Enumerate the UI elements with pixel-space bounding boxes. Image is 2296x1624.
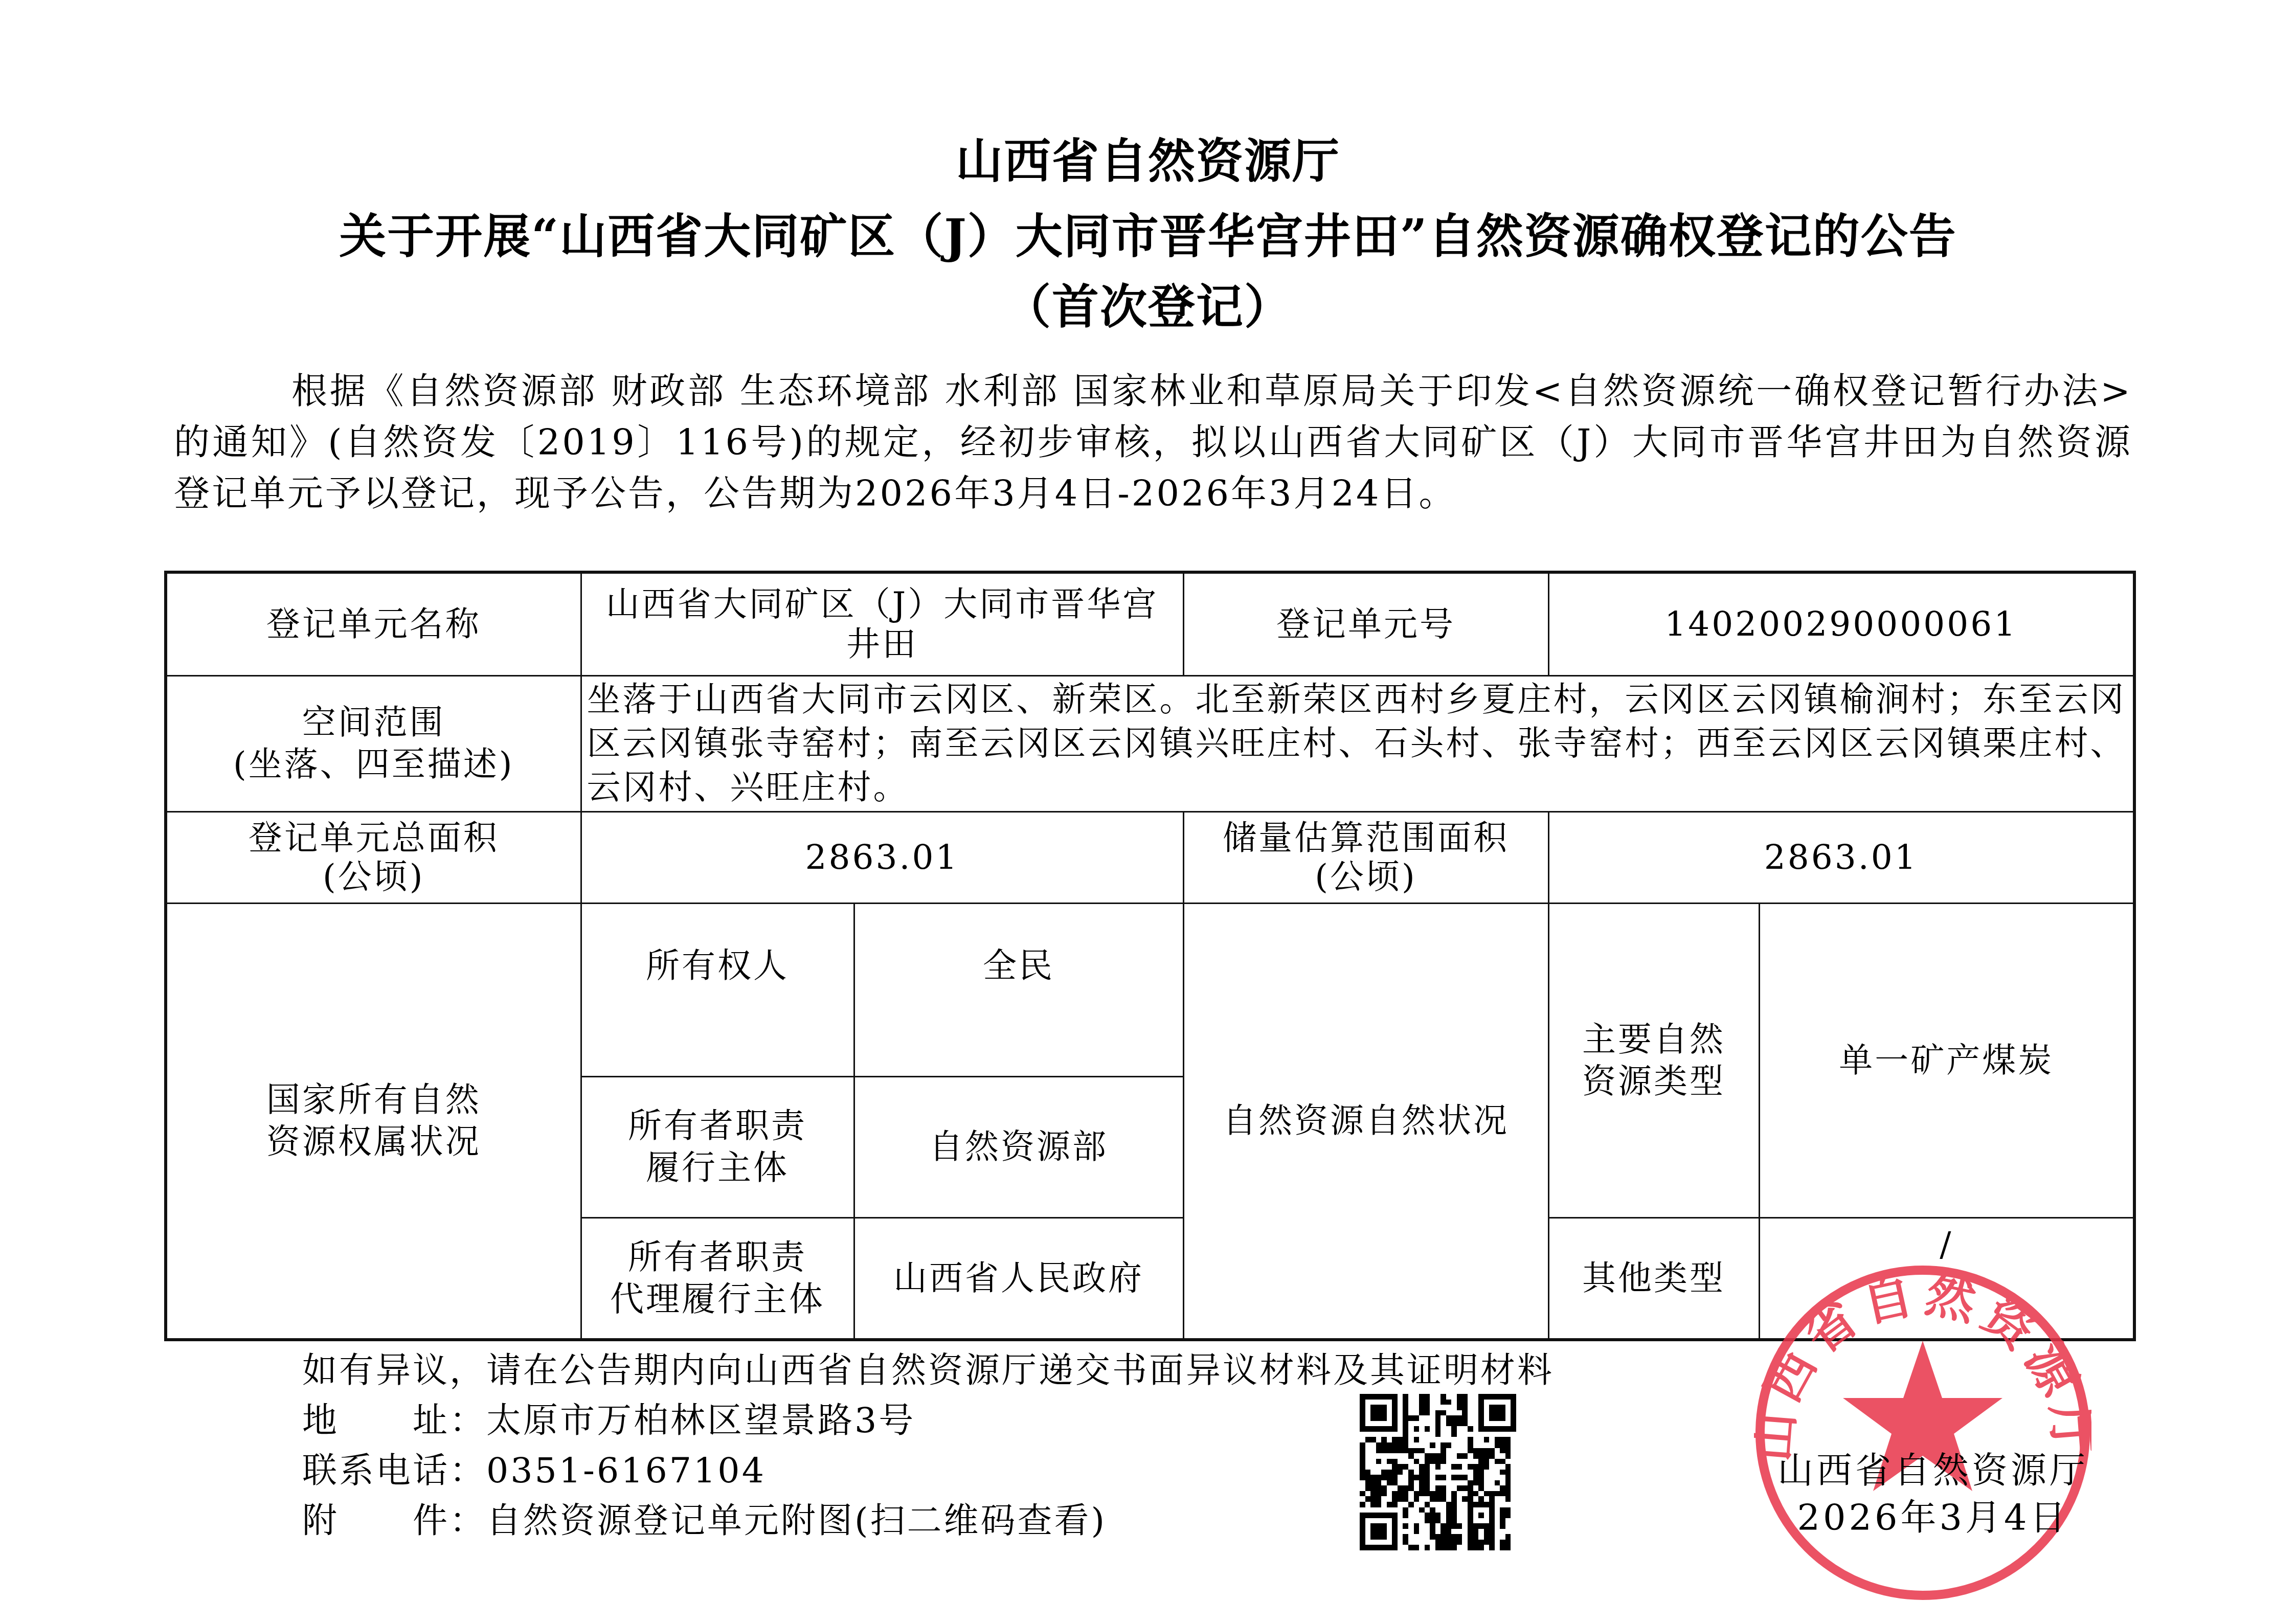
duty-subject-label-line2: 履行主体 [589, 1147, 846, 1189]
main-type-label-line1: 主要自然 [1557, 1019, 1751, 1061]
address-label: 地 址： [302, 1396, 486, 1446]
agent-subject-label-line2: 代理履行主体 [589, 1278, 846, 1320]
issuer-title: 山西省自然资源厅 [0, 136, 2296, 187]
reserve-area-label-line1: 储量估算范围面积 [1191, 819, 1541, 858]
address-value: 太原市万柏林区望景路3号 [486, 1401, 915, 1441]
duty-subject-value: 自然资源部 [854, 1076, 1183, 1217]
unit-name-label: 登记单元名称 [166, 572, 581, 675]
agent-subject-label-line1: 所有者职责 [589, 1236, 846, 1278]
phone-label: 联系电话： [302, 1446, 486, 1496]
qr-code-icon[interactable] [1360, 1394, 1516, 1550]
body-paragraph: 根据《自然资源部 财政部 生态环境部 水利部 国家林业和草原局关于印发<自然资源… [174, 366, 2132, 519]
objection-note: 如有异议，请在公告期内向山西省自然资源厅递交书面异议材料及其证明材料 [302, 1346, 1554, 1396]
reserve-area-label-line2: (公顷) [1191, 858, 1541, 896]
signature-block: 山西省自然资源厅 2026年3月4日 [1759, 1447, 2107, 1541]
reserve-area-value: 2863.01 [1548, 811, 2134, 903]
scope-label-line1: 空间范围 [174, 702, 573, 743]
scope-label-line2: (坐落、四至描述) [174, 743, 573, 785]
signature-org: 山西省自然资源厅 [1759, 1447, 2107, 1494]
table-row: 空间范围 (坐落、四至描述) 坐落于山西省大同市云冈区、新荣区。北至新荣区西村乡… [166, 675, 2134, 811]
registration-table: 登记单元名称 山西省大同矿区（J）大同市晋华宫井田 登记单元号 14020029… [164, 571, 2136, 1341]
main-type-label: 主要自然 资源类型 [1548, 903, 1759, 1217]
unit-no-label: 登记单元号 [1183, 572, 1548, 675]
ownership-label: 国家所有自然 资源权属状况 [166, 903, 581, 1340]
unit-no-value: 140200290000061 [1548, 572, 2134, 675]
announcement-title: 关于开展“山西省大同矿区（J）大同市晋华宫井田”自然资源确权登记的公告 [0, 211, 2296, 262]
agent-subject-label: 所有者职责 代理履行主体 [581, 1217, 854, 1340]
official-seal-stamp: 山西省自然资源厅 [1754, 1264, 2091, 1602]
total-area-value: 2863.01 [581, 811, 1183, 903]
table-row: 国家所有自然 资源权属状况 所有权人 全民 自然资源自然状况 主要自然 资源类型… [166, 903, 2134, 1076]
owner-label: 所有权人 [581, 903, 854, 1076]
scope-label: 空间范围 (坐落、四至描述) [166, 675, 581, 811]
signature-date: 2026年3月4日 [1759, 1494, 2107, 1541]
ownership-label-line2: 资源权属状况 [174, 1121, 573, 1163]
owner-value: 全民 [854, 903, 1183, 1076]
table-row: 登记单元总面积 (公顷) 2863.01 储量估算范围面积 (公顷) 2863.… [166, 811, 2134, 903]
total-area-label: 登记单元总面积 (公顷) [166, 811, 581, 903]
scope-value: 坐落于山西省大同市云冈区、新荣区。北至新荣区西村乡夏庄村，云冈区云冈镇榆涧村；东… [581, 675, 2134, 811]
announcement-subtitle: （首次登记） [0, 281, 2296, 332]
duty-subject-label-line1: 所有者职责 [589, 1105, 846, 1147]
duty-subject-label: 所有者职责 履行主体 [581, 1076, 854, 1217]
other-type-label: 其他类型 [1548, 1217, 1759, 1340]
attachment-label: 附 件： [302, 1496, 486, 1546]
agent-subject-value: 山西省人民政府 [854, 1217, 1183, 1340]
total-area-label-line1: 登记单元总面积 [174, 819, 573, 858]
main-type-value: 单一矿产煤炭 [1759, 903, 2134, 1217]
total-area-label-line2: (公顷) [174, 858, 573, 896]
main-type-label-line2: 资源类型 [1557, 1061, 1751, 1102]
natural-status-label: 自然资源自然状况 [1183, 903, 1548, 1340]
attachment-value: 自然资源登记单元附图(扫二维码查看) [486, 1501, 1107, 1541]
table-row: 登记单元名称 山西省大同矿区（J）大同市晋华宫井田 登记单元号 14020029… [166, 572, 2134, 675]
reserve-area-label: 储量估算范围面积 (公顷) [1183, 811, 1548, 903]
unit-name-value: 山西省大同矿区（J）大同市晋华宫井田 [581, 572, 1183, 675]
ownership-label-line1: 国家所有自然 [174, 1079, 573, 1121]
phone-value: 0351-6167104 [486, 1451, 766, 1491]
